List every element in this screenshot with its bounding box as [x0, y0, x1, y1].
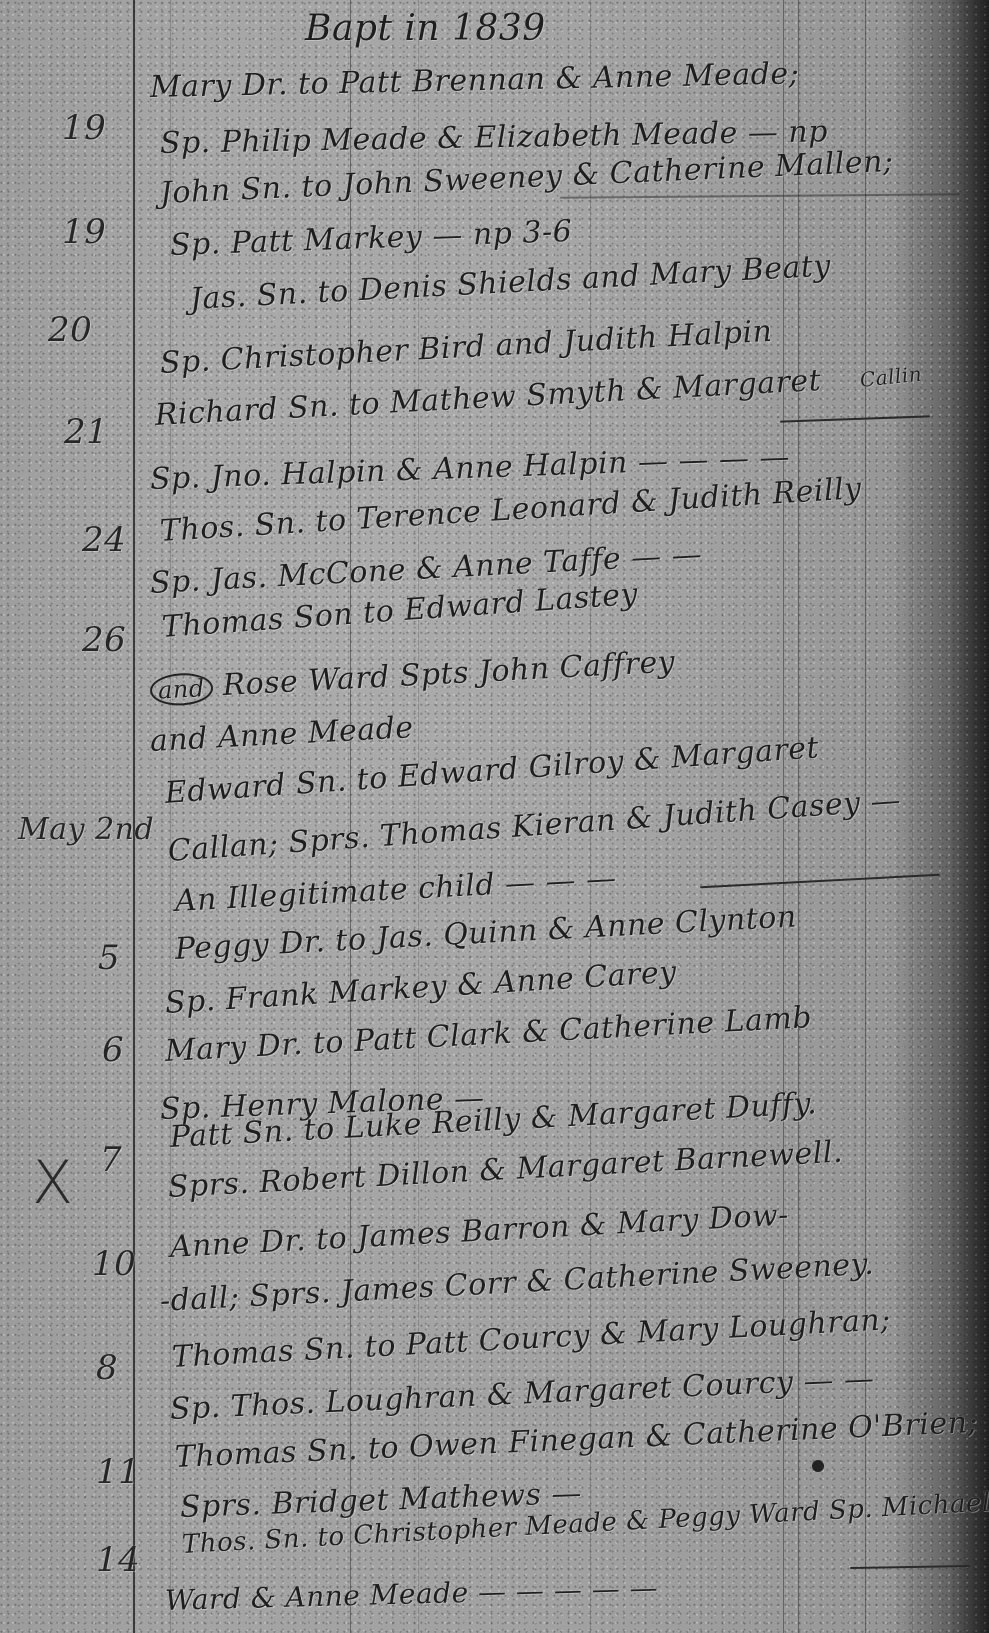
entry-date: 20 — [48, 310, 92, 350]
entry-line-text: Rose Ward Spts John Caffrey — [222, 645, 676, 704]
entry-line: An Illegitimate child — — — — [174, 861, 617, 919]
entry-date: 5 — [98, 938, 120, 978]
entry-line: and Anne Meade — [149, 710, 414, 759]
entry-date: 10 — [92, 1244, 136, 1284]
entry-date: 19 — [62, 108, 106, 148]
entry-date: 8 — [96, 1348, 118, 1388]
entry-date: May 2nd — [18, 812, 154, 847]
margin-x-mark: X — [32, 1148, 73, 1218]
pen-stroke — [780, 415, 930, 422]
entry-line: Mary Dr. to Patt Brennan & Anne Meade; — [150, 56, 800, 105]
entry-date: 14 — [96, 1540, 140, 1580]
register-page: Bapt in 1839 19 Mary Dr. to Patt Brennan… — [0, 0, 989, 1633]
interlined-word: Callin — [859, 362, 923, 392]
page-heading: Bapt in 1839 — [305, 8, 546, 49]
entry-line: Sp. Patt Markey — np 3-6 — [169, 214, 572, 263]
entry-line: Ward & Anne Meade — — — — — — [165, 1571, 659, 1617]
entry-line: and Rose Ward Spts John Caffrey — [149, 645, 676, 707]
circled-word: and — [149, 672, 213, 707]
entry-date: 24 — [82, 520, 126, 560]
pen-stroke — [700, 874, 940, 889]
pen-stroke — [560, 193, 960, 198]
entry-date: 21 — [64, 412, 108, 452]
entry-date: 7 — [100, 1140, 122, 1180]
entry-date: 19 — [62, 212, 106, 252]
entry-date: 11 — [96, 1452, 140, 1492]
entry-date: 26 — [82, 620, 126, 660]
page-edge-shadow — [949, 0, 989, 1633]
entry-date: 6 — [102, 1030, 124, 1070]
ink-blot — [812, 1460, 824, 1472]
ruling-line — [912, 0, 913, 1633]
